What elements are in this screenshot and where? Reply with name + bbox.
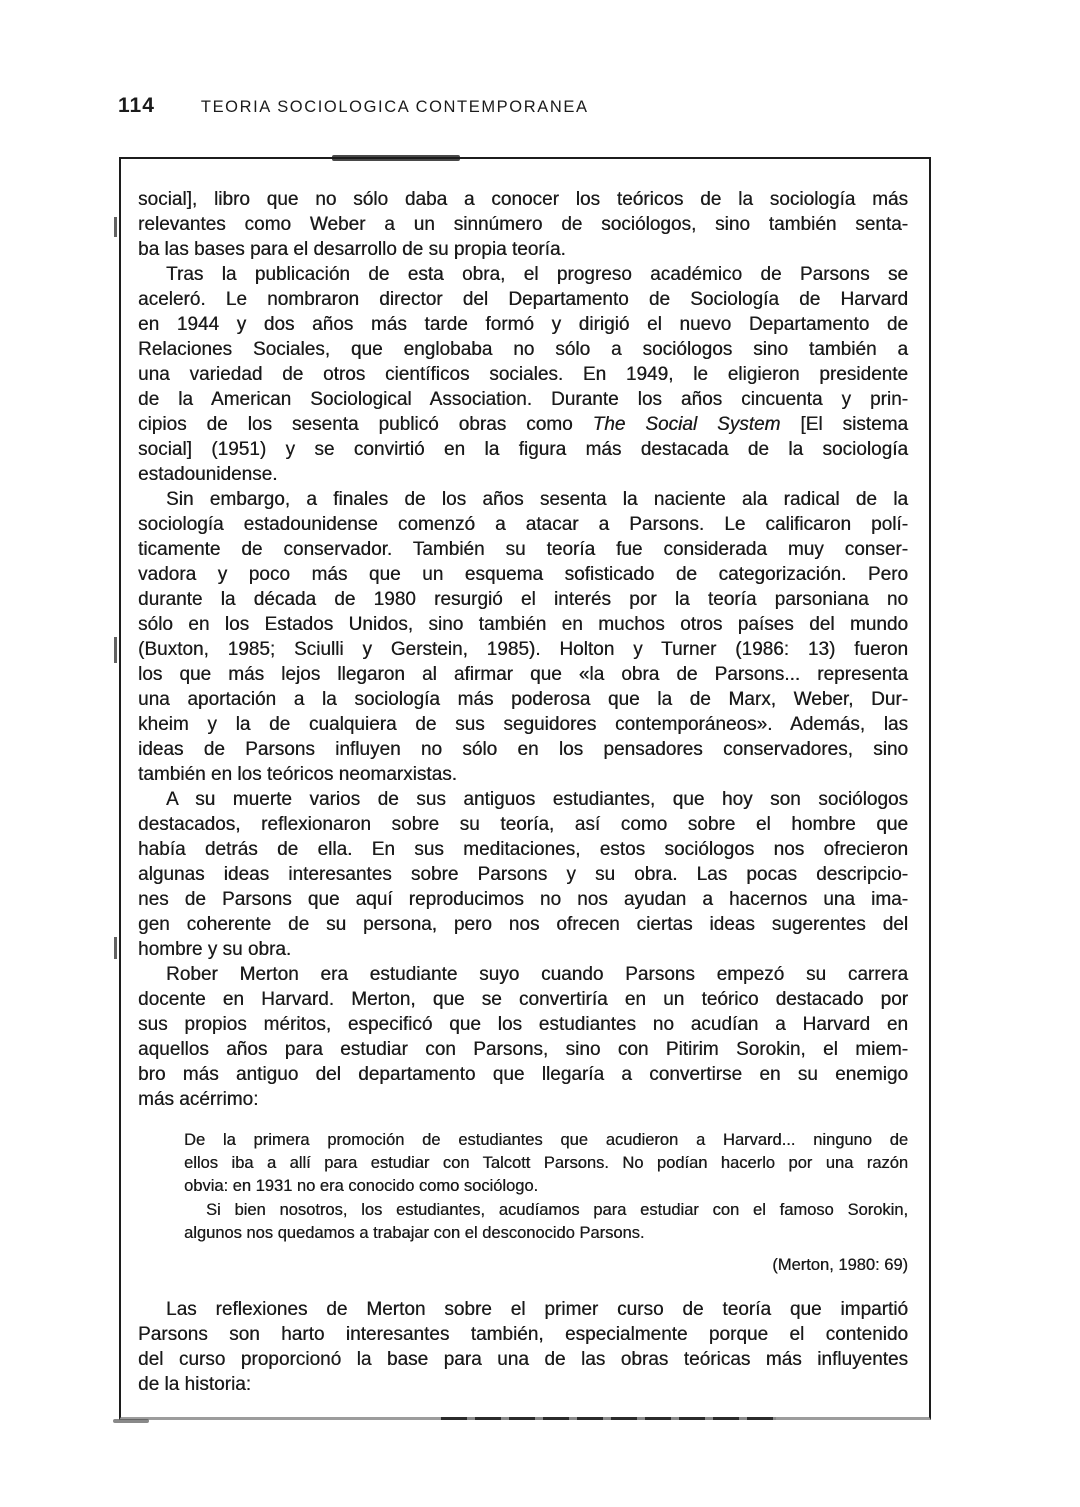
text-line: destacados, reflexionaron sobre su teorí… [138, 812, 908, 837]
text-line: Tras la publicación de esta obra, el pro… [138, 262, 908, 287]
paragraph: A su muerte varios de sus antiguos estud… [138, 787, 908, 962]
text-line: sus propios méritos, especificó que los … [138, 1012, 908, 1037]
block-quote: De la primera promoción de estudiantes q… [184, 1129, 908, 1199]
text-line: del curso proporcionó la base para una d… [138, 1347, 908, 1372]
text-line: estadounidense. [138, 462, 908, 487]
page-header-title: TEORIA SOCIOLOGICA CONTEMPORANEA [201, 98, 589, 117]
paragraph: social], libro que no sólo daba a conoce… [138, 187, 908, 262]
text-line: obvia: en 1931 no era conocido como soci… [184, 1175, 908, 1198]
text-line: nes de Parsons que aquí reproducimos no … [138, 887, 908, 912]
text-line: en 1944 y dos años más tarde formó y dir… [138, 312, 908, 337]
text-line: cipios de los sesenta publicó obras como… [138, 412, 908, 437]
text-line: algunas ideas interesantes sobre Parsons… [138, 862, 908, 887]
text-line: relevantes como Weber a un sinnúmero de … [138, 212, 908, 237]
block-quote: Si bien nosotros, los estudiantes, acudí… [184, 1199, 908, 1245]
scan-smudge-top [332, 155, 460, 161]
paragraph: Rober Merton era estudiante suyo cuando … [138, 962, 908, 1112]
text-line: bro más antiguo del departamento que lle… [138, 1062, 908, 1087]
text-line: de la historia: [138, 1372, 908, 1397]
text-line: los que más lejos llegaron al afirmar qu… [138, 662, 908, 687]
text-line: docente en Harvard. Merton, que se conve… [138, 987, 908, 1012]
scan-tick-bottom-left [113, 1419, 149, 1423]
text-line: (Buxton, 1985; Sciulli y Gerstein, 1985)… [138, 637, 908, 662]
text-line: vadora y poco más que un esquema sofisti… [138, 562, 908, 587]
text-line: aquellos años para estudiar con Parsons,… [138, 1037, 908, 1062]
text-line: ideas de Parsons influyen no sólo en los… [138, 737, 908, 762]
scan-mark-left [114, 637, 117, 663]
paragraph: Tras la publicación de esta obra, el pro… [138, 262, 908, 487]
text-line: gen coherente de su persona, pero nos of… [138, 912, 908, 937]
text-line: De la primera promoción de estudiantes q… [184, 1129, 908, 1152]
text-line: hombre y su obra. [138, 937, 908, 962]
quote-citation: (Merton, 1980: 69) [138, 1254, 908, 1277]
text-line: A su muerte varios de sus antiguos estud… [138, 787, 908, 812]
scan-mark-left [114, 217, 117, 237]
text-line: había detrás de ella. En sus meditacione… [138, 837, 908, 862]
text-line: de la American Sociological Association.… [138, 387, 908, 412]
content-box: social], libro que no sólo daba a conoce… [119, 157, 931, 1420]
page-number: 114 [118, 94, 155, 118]
text-line: ba las bases para el desarrollo de su pr… [138, 237, 908, 262]
text-line: una variedad de otros científicos social… [138, 362, 908, 387]
text-line: Las reflexiones de Merton sobre el prime… [138, 1297, 908, 1322]
scan-mark-left [114, 937, 117, 959]
text-line: también en los teóricos neomarxistas. [138, 762, 908, 787]
text-line: kheim y la de cualquiera de sus seguidor… [138, 712, 908, 737]
text-line: una aportación a la sociología más poder… [138, 687, 908, 712]
paragraph: Las reflexiones de Merton sobre el prime… [138, 1297, 908, 1397]
text-line: durante la década de 1980 resurgió el in… [138, 587, 908, 612]
text-line: sólo en los Estados Unidos, sino también… [138, 612, 908, 637]
text-line: sociología estadounidense comenzó a atac… [138, 512, 908, 537]
text-line: más acérrimo: [138, 1087, 908, 1112]
text-line: Rober Merton era estudiante suyo cuando … [138, 962, 908, 987]
text-line: aceleró. Le nombraron director del Depar… [138, 287, 908, 312]
text-line: algunos nos quedamos a trabajar con el d… [184, 1222, 908, 1245]
text-line: ticamente de conservador. También su teo… [138, 537, 908, 562]
paragraph: Sin embargo, a finales de los años sesen… [138, 487, 908, 787]
text-line: Si bien nosotros, los estudiantes, acudí… [184, 1199, 908, 1222]
text-line: social], libro que no sólo daba a conoce… [138, 187, 908, 212]
text-line: Relaciones Sociales, que englobaba no só… [138, 337, 908, 362]
text-line: Parsons son harto interesantes también, … [138, 1322, 908, 1347]
text-line: social] (1951) y se convirtió en la figu… [138, 437, 908, 462]
page-header: 114 TEORIA SOCIOLOGICA CONTEMPORANEA [118, 94, 589, 118]
text-line: Sin embargo, a finales de los años sesen… [138, 487, 908, 512]
text-line: ellos iba a allí para estudiar con Talco… [184, 1152, 908, 1175]
text-block: social], libro que no sólo daba a conoce… [138, 187, 908, 1397]
scan-smudge-bottom [441, 1417, 776, 1420]
